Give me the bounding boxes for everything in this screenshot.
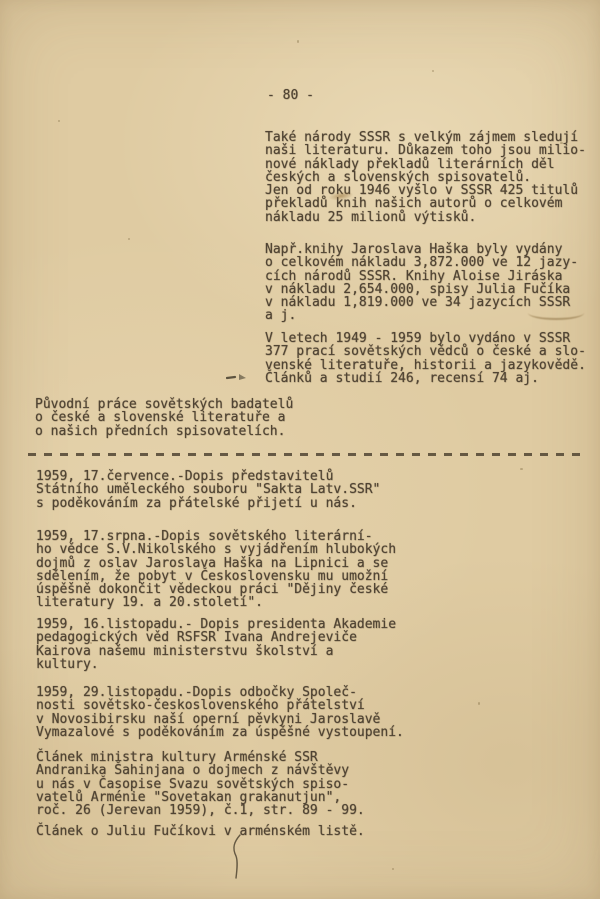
paper-speck <box>58 120 60 122</box>
paper-speck <box>560 142 563 144</box>
entry-1959-november-16: 1959, 16.listopadu.- Dopis presidenta Ak… <box>36 618 396 671</box>
entry-armenian-article: Článek ministra kultury Arménské SSR And… <box>36 751 365 817</box>
paper-speck <box>128 238 130 240</box>
paper-speck <box>90 642 92 644</box>
paper-speck <box>392 868 394 870</box>
margin-pen-mark <box>226 368 248 380</box>
paper-speck <box>520 468 523 470</box>
typed-paragraph-sssr-readers: Také národy SSSR s velkým zájmem sledují… <box>265 131 586 224</box>
pen-stroke-mark <box>226 834 250 884</box>
section-heading: Původní práce sovětských badatelů o česk… <box>35 398 293 438</box>
paper-speck <box>432 70 434 72</box>
entry-fucik-article: Článek o Juliu Fučíkovi v arménském list… <box>36 825 365 838</box>
dashed-separator <box>28 453 585 456</box>
paper-speck <box>478 702 480 705</box>
paper-speck <box>297 40 299 43</box>
typed-paragraph-1949-1959-works: V letech 1949 - 1959 bylo vydáno v SSSR … <box>265 332 586 385</box>
entry-1959-july-17: 1959, 17.července.-Dopis představitelů S… <box>36 470 380 510</box>
page-number: - 80 - <box>267 89 314 102</box>
scanned-document-page: - 80 - Také národy SSSR s velkým zájmem … <box>0 0 600 899</box>
entry-1959-august-17: 1959, 17.srpna.-Dopis sovětského literár… <box>36 530 396 610</box>
pen-underline-mark <box>528 306 584 320</box>
entry-1959-november-29: 1959, 29.listopadu.-Dopis odbočky Společ… <box>36 686 404 739</box>
